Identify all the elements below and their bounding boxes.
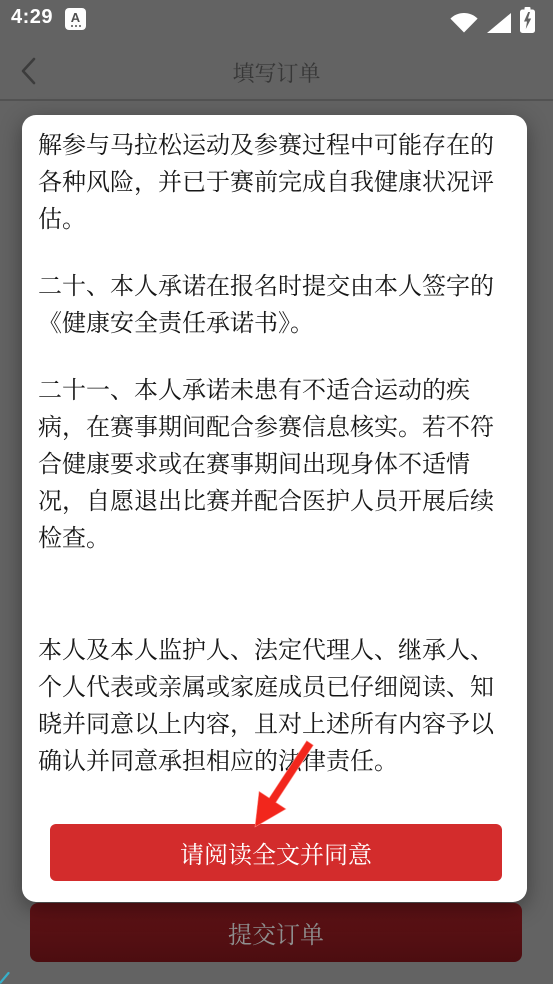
- header-divider: [0, 99, 553, 101]
- agreement-text: 解参与马拉松运动及参赛过程中可能存在的各种风险，并已于赛前完成自我健康状况评估。…: [38, 127, 511, 810]
- agreement-paragraph: 二十一、本人承诺未患有不适合运动的疾病，在赛事期间配合参赛信息核实。若不符合健康…: [38, 372, 511, 557]
- page-title: 填写订单: [0, 57, 553, 88]
- input-method-dots: [71, 25, 81, 27]
- clock-text: 4:29: [11, 6, 53, 29]
- battery-charging-icon: [520, 7, 535, 33]
- agreement-paragraph: 二十、本人承诺在报名时提交由本人签字的《健康安全责任承诺书》。: [38, 268, 511, 342]
- input-method-icon: A: [65, 8, 86, 30]
- submit-order-button[interactable]: 提交订单: [30, 903, 522, 962]
- agreement-consent-paragraph: 本人及本人监护人、法定代理人、继承人、个人代表或亲属或家庭成员已仔细阅读、知晓并…: [38, 632, 511, 780]
- status-bar: 4:29 A: [0, 0, 553, 38]
- wifi-icon: [450, 13, 478, 33]
- input-method-letter: A: [71, 11, 80, 24]
- status-icons: [450, 7, 535, 33]
- agreement-paragraph: 解参与马拉松运动及参赛过程中可能存在的各种风险，并已于赛前完成自我健康状况评估。: [38, 127, 511, 238]
- signal-icon: [487, 13, 511, 33]
- corner-mark: [0, 971, 12, 984]
- agreement-modal: 解参与马拉松运动及参赛过程中可能存在的各种风险，并已于赛前完成自我健康状况评估。…: [22, 115, 527, 902]
- read-and-agree-button[interactable]: 请阅读全文并同意: [50, 824, 502, 881]
